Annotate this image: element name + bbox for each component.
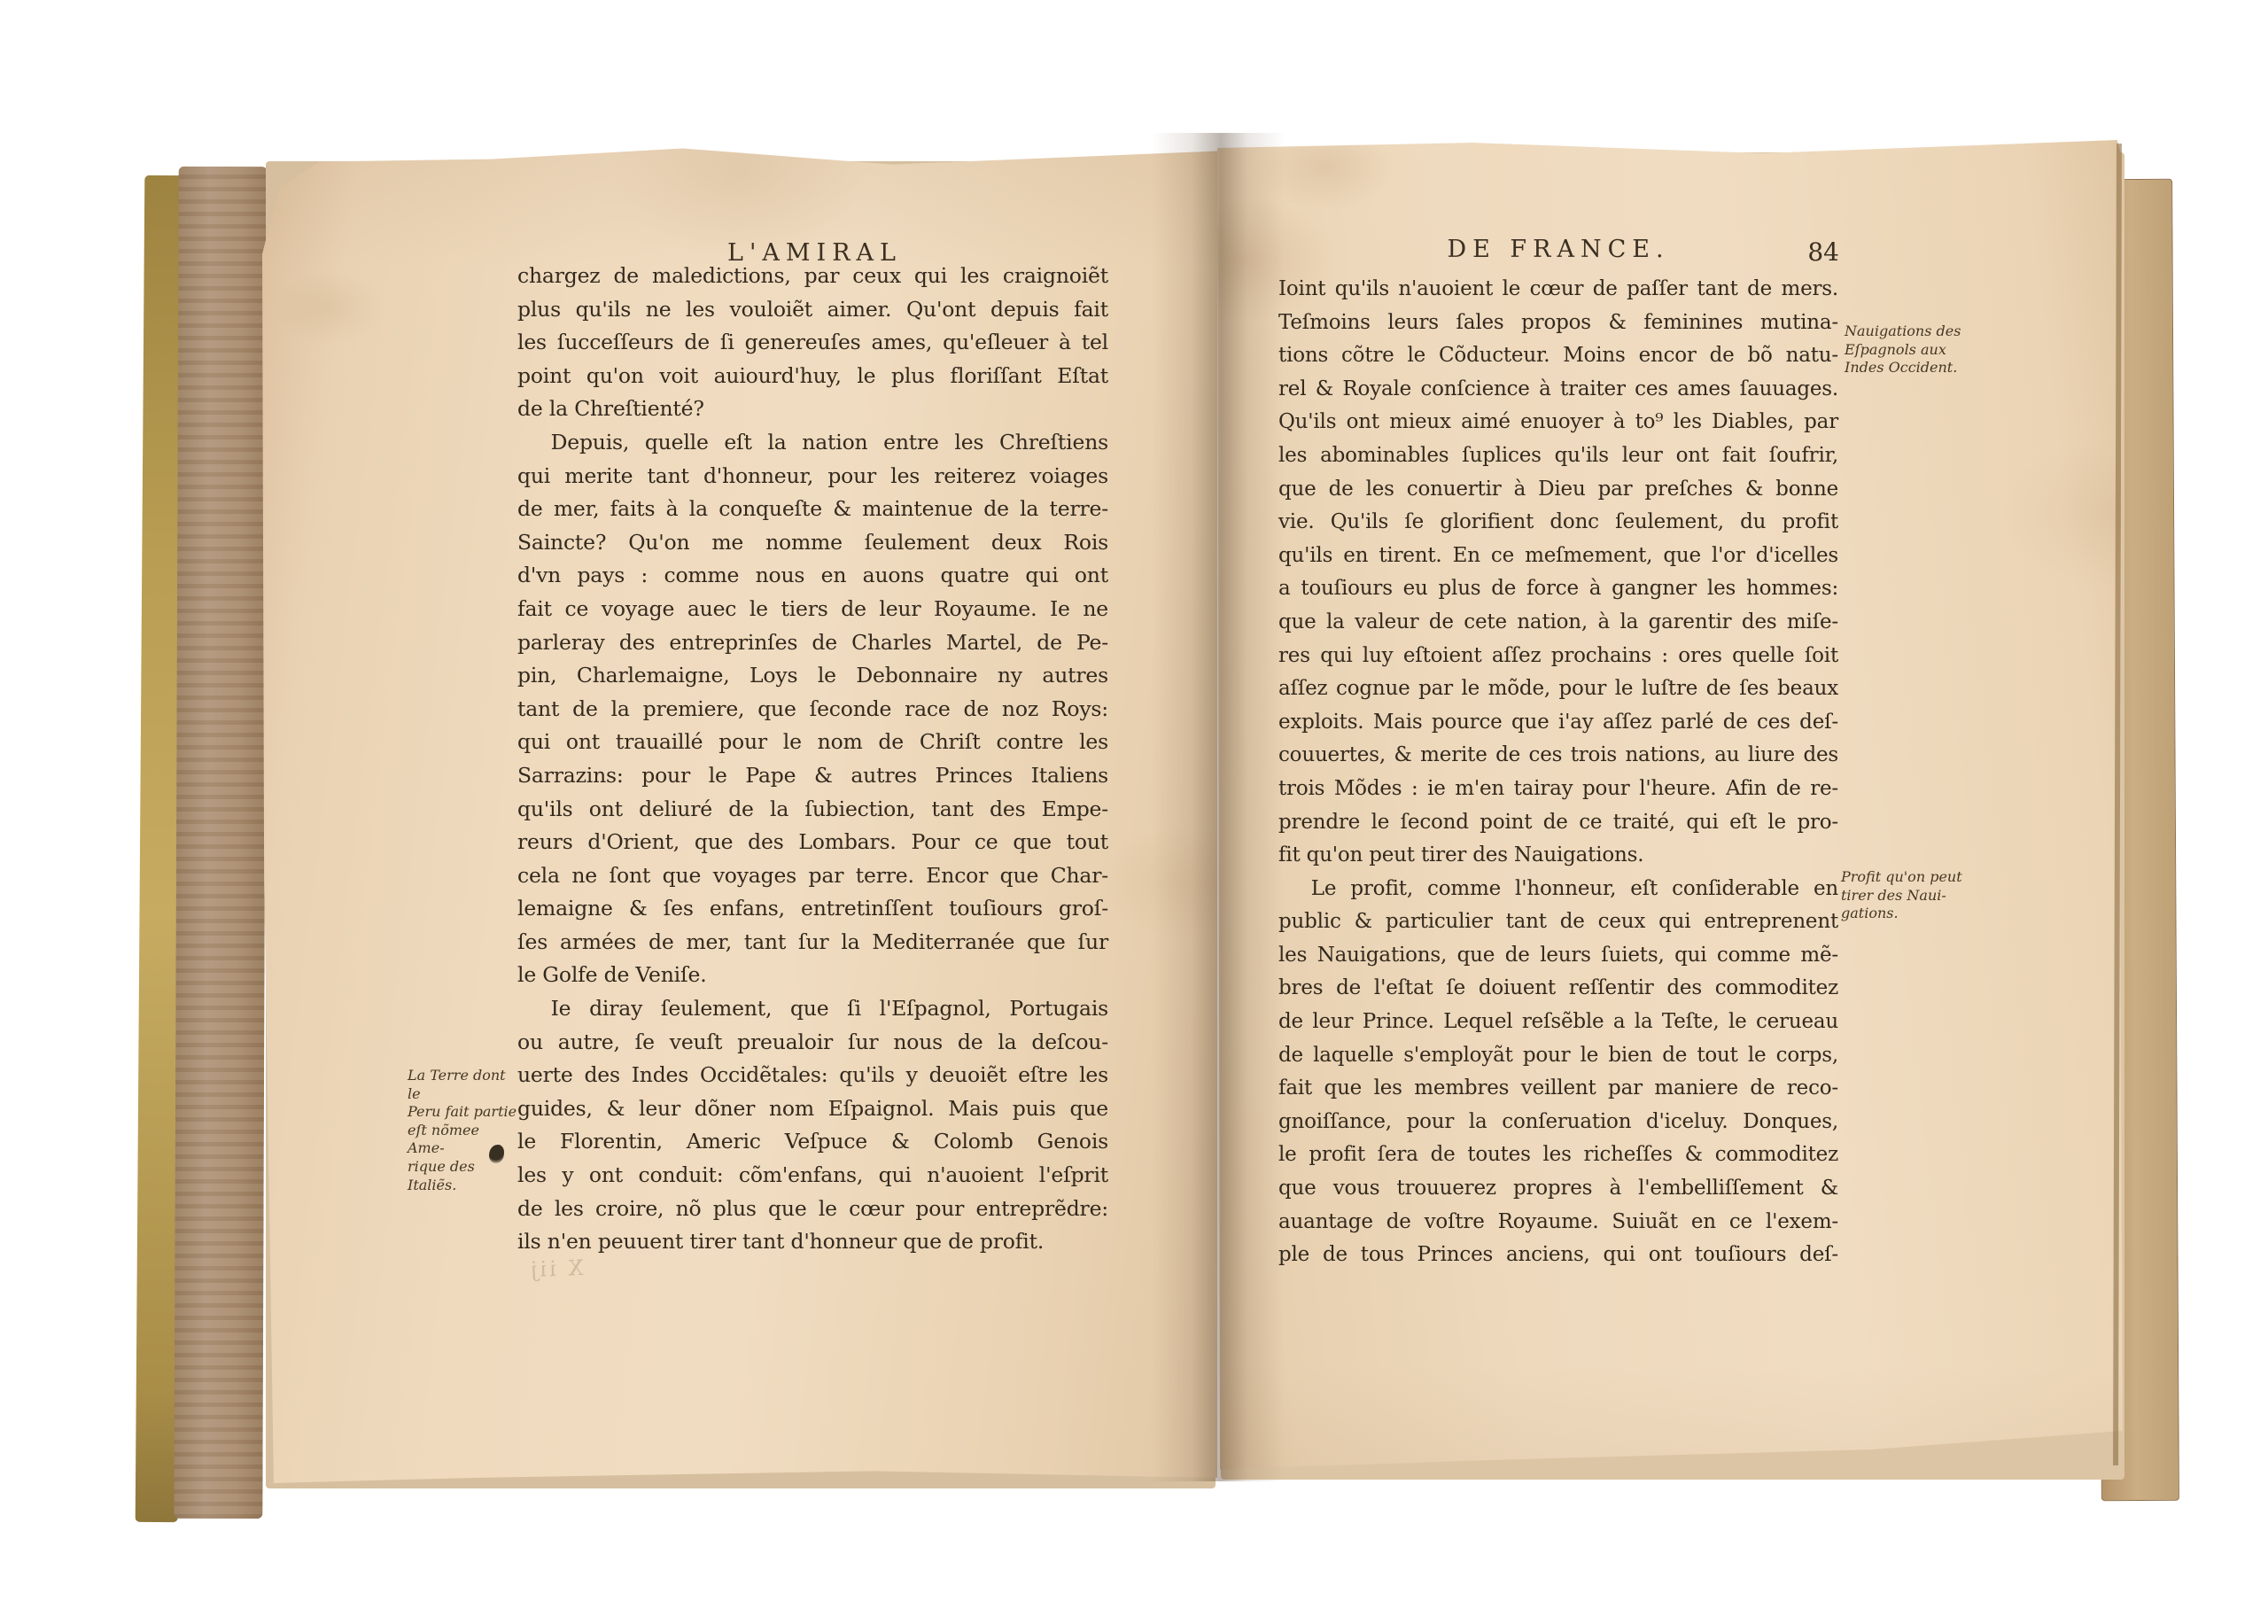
left-margin-note: La Terre dont lePeru fait partieeſt nõme… <box>408 1067 519 1194</box>
page-stack-edge <box>174 167 267 1519</box>
left-page-text: chargez de maledictions, par ceux qui le… <box>517 260 1108 1259</box>
right-page-text: Ioint qu'ils n'auoient le cœur de paſſer… <box>1278 273 1838 1272</box>
page-number: 84 <box>1754 237 1839 267</box>
right-margin-note-profit: Profit qu'on peuttirer des Naui-gations. <box>1841 868 1963 923</box>
right-page: DE FRANCE. 84 Ioint qu'ils n'auoient le … <box>1217 140 2126 1471</box>
right-margin-note-navigations: Nauigations desEſpagnols auxIndes Occide… <box>1845 322 1963 377</box>
show-through-signature-mark: X iij <box>528 1255 584 1282</box>
left-page: L'AMIRAL chargez de maledictions, par ce… <box>262 147 1217 1483</box>
photo-background: L'AMIRAL chargez de maledictions, par ce… <box>0 0 2268 1624</box>
